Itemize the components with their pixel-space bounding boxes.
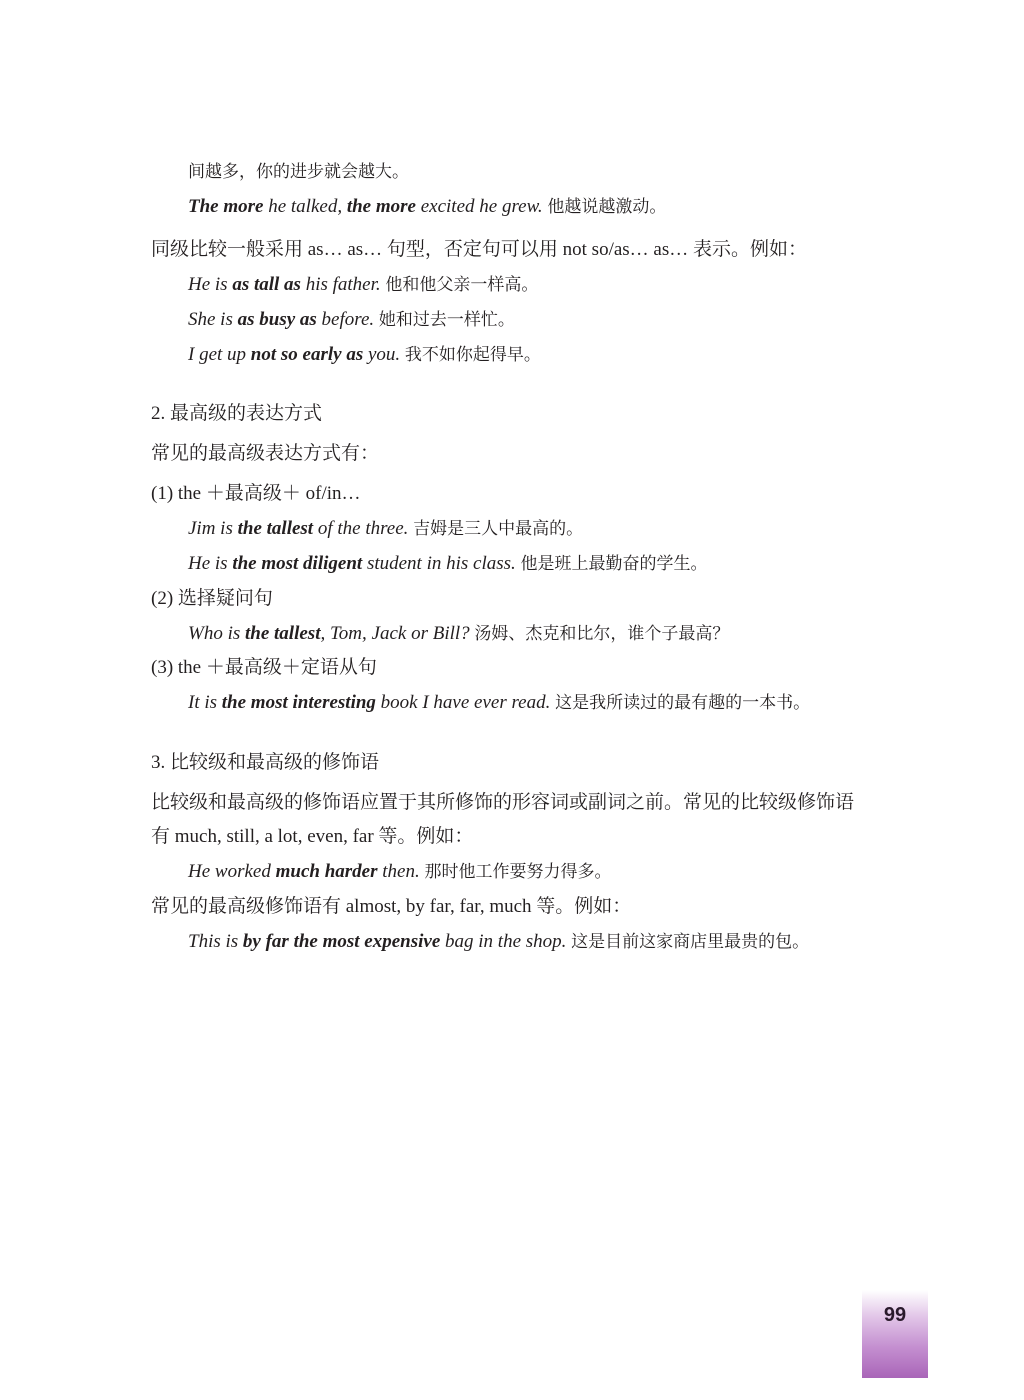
plain-text: he talked, bbox=[263, 196, 346, 217]
example-sentence: She is as busy as before. 她和过去一样忙。 bbox=[188, 308, 515, 332]
translation: 汤姆、杰克和比尔，谁个子最高？ bbox=[474, 624, 729, 644]
section-heading: 2. 最高级的表达方式 bbox=[151, 402, 322, 426]
example-sentence: He is the most diligent student in his c… bbox=[188, 552, 708, 576]
plain-text: He is bbox=[188, 553, 232, 574]
plain-text: his father. bbox=[301, 274, 385, 295]
plain-text: , Tom, Jack or Bill? bbox=[320, 623, 474, 644]
plain-text: before. bbox=[317, 309, 379, 330]
continued-text: 间越多，你的进步就会越大。 bbox=[188, 160, 409, 184]
plain-text: This is bbox=[188, 931, 243, 952]
page-number-tab: 99 bbox=[862, 1290, 928, 1378]
translation: 他越说越激动。 bbox=[547, 197, 666, 217]
translation: 他和他父亲一样高。 bbox=[385, 275, 538, 295]
plain-text: I get up bbox=[188, 344, 251, 365]
paragraph-line: 有 much, still, a lot, even, far 等。例如： bbox=[151, 825, 473, 849]
plain-text: then. bbox=[377, 861, 424, 882]
translation: 吉姆是三人中最高的。 bbox=[413, 519, 583, 539]
bold-phrase: The more bbox=[188, 196, 263, 217]
equal-comparison-rule: 同级比较一般采用 as… as… 句型，否定句可以用 not so/as… as… bbox=[151, 238, 807, 262]
plain-text: He is bbox=[188, 274, 232, 295]
plain-text: Who is bbox=[188, 623, 245, 644]
section-intro: 常见的最高级表达方式有： bbox=[151, 442, 379, 466]
bold-phrase: the most diligent bbox=[232, 553, 362, 574]
list-item-label: (2) 选择疑问句 bbox=[151, 587, 273, 611]
list-item-label: (1) the ＋最高级＋ of/in… bbox=[151, 482, 361, 506]
example-sentence: The more he talked, the more excited he … bbox=[188, 195, 666, 219]
plain-text: of the three. bbox=[313, 518, 413, 539]
plain-text: student in his class. bbox=[362, 553, 520, 574]
example-sentence: It is the most interesting book I have e… bbox=[188, 691, 810, 715]
paragraph-line: 比较级和最高级的修饰语应置于其所修饰的形容词或副词之前。常见的比较级修饰语 bbox=[151, 791, 854, 815]
bold-phrase: the most interesting bbox=[222, 692, 376, 713]
translation: 这是我所读过的最有趣的一本书。 bbox=[555, 693, 810, 713]
plain-text: excited he grew. bbox=[416, 196, 547, 217]
translation: 这是目前这家商店里最贵的包。 bbox=[571, 932, 809, 952]
example-sentence: I get up not so early as you. 我不如你起得早。 bbox=[188, 343, 541, 367]
bold-phrase: as tall as bbox=[232, 274, 301, 295]
bold-phrase: the tallest bbox=[238, 518, 313, 539]
plain-text: Jim is bbox=[188, 518, 238, 539]
example-sentence: He is as tall as his father. 他和他父亲一样高。 bbox=[188, 273, 538, 297]
example-sentence: This is by far the most expensive bag in… bbox=[188, 930, 809, 954]
list-item-label: (3) the ＋最高级＋定语从句 bbox=[151, 656, 377, 680]
example-sentence: He worked much harder then. 那时他工作要努力得多。 bbox=[188, 860, 611, 884]
example-sentence: Who is the tallest, Tom, Jack or Bill? 汤… bbox=[188, 622, 729, 646]
bold-phrase: much harder bbox=[276, 861, 378, 882]
translation: 他是班上最勤奋的学生。 bbox=[521, 554, 708, 574]
translation: 那时他工作要努力得多。 bbox=[424, 862, 611, 882]
plain-text: She is bbox=[188, 309, 238, 330]
plain-text: bag in the shop. bbox=[440, 931, 571, 952]
plain-text: you. bbox=[363, 344, 405, 365]
example-sentence: Jim is the tallest of the three. 吉姆是三人中最… bbox=[188, 517, 583, 541]
page-number: 99 bbox=[862, 1304, 928, 1327]
section-heading: 3. 比较级和最高级的修饰语 bbox=[151, 751, 379, 775]
bold-phrase: not so early as bbox=[251, 344, 363, 365]
translation: 我不如你起得早。 bbox=[405, 345, 541, 365]
paragraph-line: 常见的最高级修饰语有 almost, by far, far, much 等。例… bbox=[151, 895, 631, 919]
bold-phrase: as busy as bbox=[238, 309, 317, 330]
plain-text: He worked bbox=[188, 861, 276, 882]
bold-phrase: the tallest bbox=[245, 623, 320, 644]
bold-phrase: the more bbox=[347, 196, 416, 217]
translation: 她和过去一样忙。 bbox=[379, 310, 515, 330]
plain-text: book I have ever read. bbox=[376, 692, 555, 713]
bold-phrase: by far the most expensive bbox=[243, 931, 440, 952]
plain-text: It is bbox=[188, 692, 222, 713]
